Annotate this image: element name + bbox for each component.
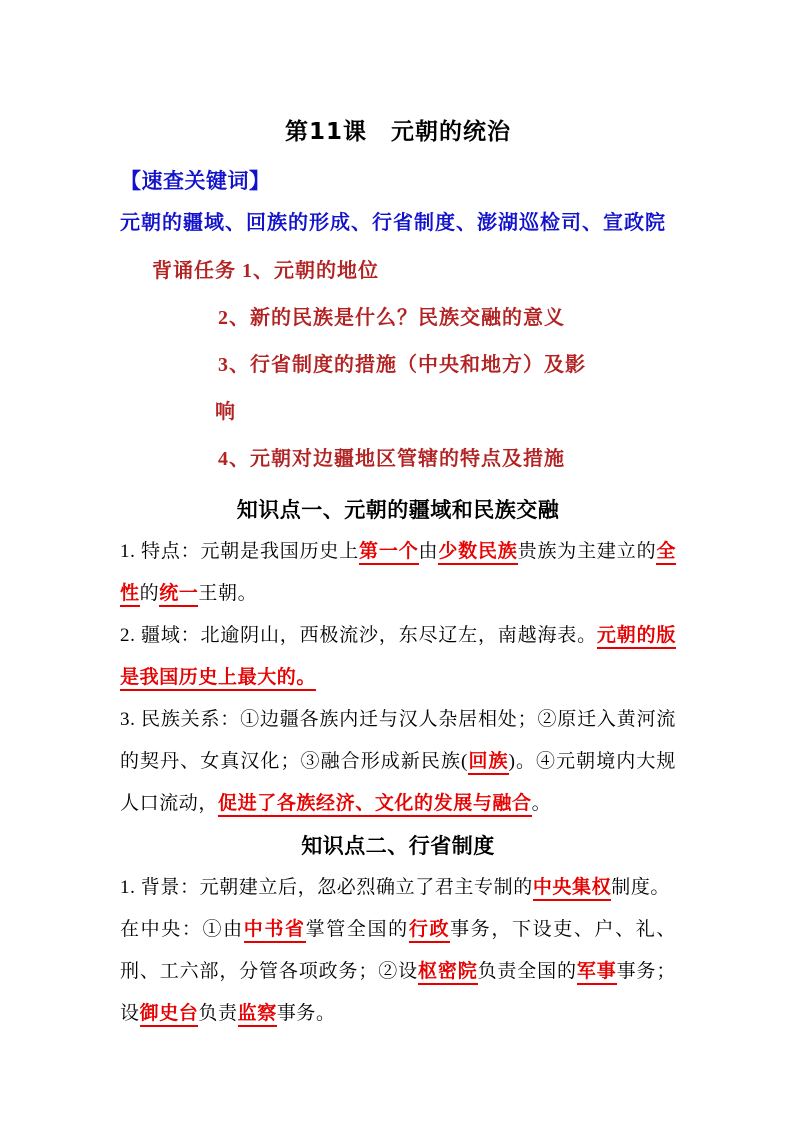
emphasis-underline: 回族 xyxy=(468,751,509,775)
emphasis-underline: 中书省 xyxy=(244,919,306,943)
emphasis-underline: 性 xyxy=(120,583,140,607)
emphasis-underline: 是我国历史上最大的。 xyxy=(120,667,316,691)
body-text: 由 xyxy=(419,541,439,562)
body-text: 。 xyxy=(532,793,552,814)
recite-task-line: 响 xyxy=(120,389,676,436)
emphasis-underline: 统一 xyxy=(159,583,198,607)
text-line: 刑、工六部，分管各项政务；②设枢密院负责全国的军事事务；③ xyxy=(120,951,676,993)
body-text: 1. 特点：元朝是我国历史上 xyxy=(120,541,359,562)
emphasis-underline: 第一个 xyxy=(359,541,418,565)
recite-task-line: 2、新的民族是什么？民族交融的意义 xyxy=(120,295,676,342)
document-page: 第11课 元朝的统治 【速查关键词】 元朝的疆域、回族的形成、行省制度、澎湖巡检… xyxy=(0,0,793,1122)
body-text: 王朝。 xyxy=(198,583,257,604)
body-text: 负责全国的 xyxy=(478,961,577,982)
keywords-label: 【速查关键词】 xyxy=(120,166,676,196)
body-text: 贵族为主建立的 xyxy=(518,541,657,562)
recite-task-line: 3、行省制度的措施（中央和地方）及影 xyxy=(120,342,676,389)
recite-task-line: 背诵任务 1、元朝的地位 xyxy=(120,248,676,295)
body-text: 掌管全国的 xyxy=(306,919,409,940)
emphasis-underline: 御史台 xyxy=(140,1003,199,1027)
text-line: 人口流动，促进了各族经济、文化的发展与融合。 xyxy=(120,783,676,825)
knowledge-section: 知识点一、元朝的疆域和民族交融1. 特点：元朝是我国历史上第一个由少数民族贵族为… xyxy=(120,489,676,825)
body-text: 刑、工六部，分管各项政务；②设 xyxy=(120,961,418,982)
body-text: 的契丹、女真汉化；③融合形成新民族( xyxy=(120,751,468,772)
text-line: 设御史台负责监察事务。 xyxy=(120,993,676,1035)
body-text: 设 xyxy=(120,1003,140,1024)
emphasis-underline: 中央集权 xyxy=(533,877,611,901)
recite-task-list: 背诵任务 1、元朝的地位2、新的民族是什么？民族交融的意义3、行省制度的措施（中… xyxy=(120,248,676,483)
emphasis-underline: 监察 xyxy=(238,1003,277,1027)
text-line: 1. 特点：元朝是我国历史上第一个由少数民族贵族为主建立的全国 xyxy=(120,531,676,573)
emphasis-underline: 行政 xyxy=(409,919,450,943)
recite-task-line: 4、元朝对边疆地区管辖的特点及措施 xyxy=(120,436,676,483)
body-text: 2. 疆域：北逾阴山，西极流沙，东尽辽左，南越海表。 xyxy=(120,625,597,646)
section-heading: 知识点二、行省制度 xyxy=(120,825,676,867)
body-text: 负责 xyxy=(198,1003,237,1024)
text-line: 3. 民族关系：①边疆各族内迁与汉人杂居相处；②原迁入黄河流域 xyxy=(120,699,676,741)
knowledge-section: 知识点二、行省制度1. 背景：元朝建立后，忽必烈确立了君主专制的中央集权制度。在… xyxy=(120,825,676,1035)
body-text: 事务。 xyxy=(277,1003,336,1024)
emphasis-underline: 促进了各族经济、文化的发展与融合 xyxy=(218,793,532,817)
body-text: 的 xyxy=(140,583,160,604)
body-text: 在中央：①由 xyxy=(120,919,244,940)
body-text: 3. 民族关系：①边疆各族内迁与汉人杂居相处；②原迁入黄河流域 xyxy=(120,709,676,741)
text-line: 性的统一王朝。 xyxy=(120,573,676,615)
text-line: 1. 背景：元朝建立后，忽必烈确立了君主专制的中央集权制度。 xyxy=(120,867,676,909)
emphasis-underline: 军事 xyxy=(577,961,617,985)
text-line: 在中央：①由中书省掌管全国的行政事务，下设吏、户、礼、兵、 xyxy=(120,909,676,951)
page-title: 第11课 元朝的统治 xyxy=(120,112,676,152)
knowledge-sections: 知识点一、元朝的疆域和民族交融1. 特点：元朝是我国历史上第一个由少数民族贵族为… xyxy=(120,489,676,1035)
emphasis-underline: 少数民族 xyxy=(438,541,517,565)
text-line: 2. 疆域：北逾阴山，西极流沙，东尽辽左，南越海表。元朝的版图 xyxy=(120,615,676,657)
text-line: 是我国历史上最大的。 xyxy=(120,657,676,699)
text-line: 的契丹、女真汉化；③融合形成新民族(回族)。④元朝境内大规模 xyxy=(120,741,676,783)
body-text: 人口流动， xyxy=(120,793,218,814)
section-heading: 知识点一、元朝的疆域和民族交融 xyxy=(120,489,676,531)
emphasis-underline: 枢密院 xyxy=(418,961,478,985)
body-text: 1. 背景：元朝建立后，忽必烈确立了君主专制的 xyxy=(120,877,533,898)
keywords-line: 元朝的疆域、回族的形成、行省制度、澎湖巡检司、宣政院 xyxy=(120,208,676,238)
body-text: 制度。 xyxy=(611,877,670,898)
